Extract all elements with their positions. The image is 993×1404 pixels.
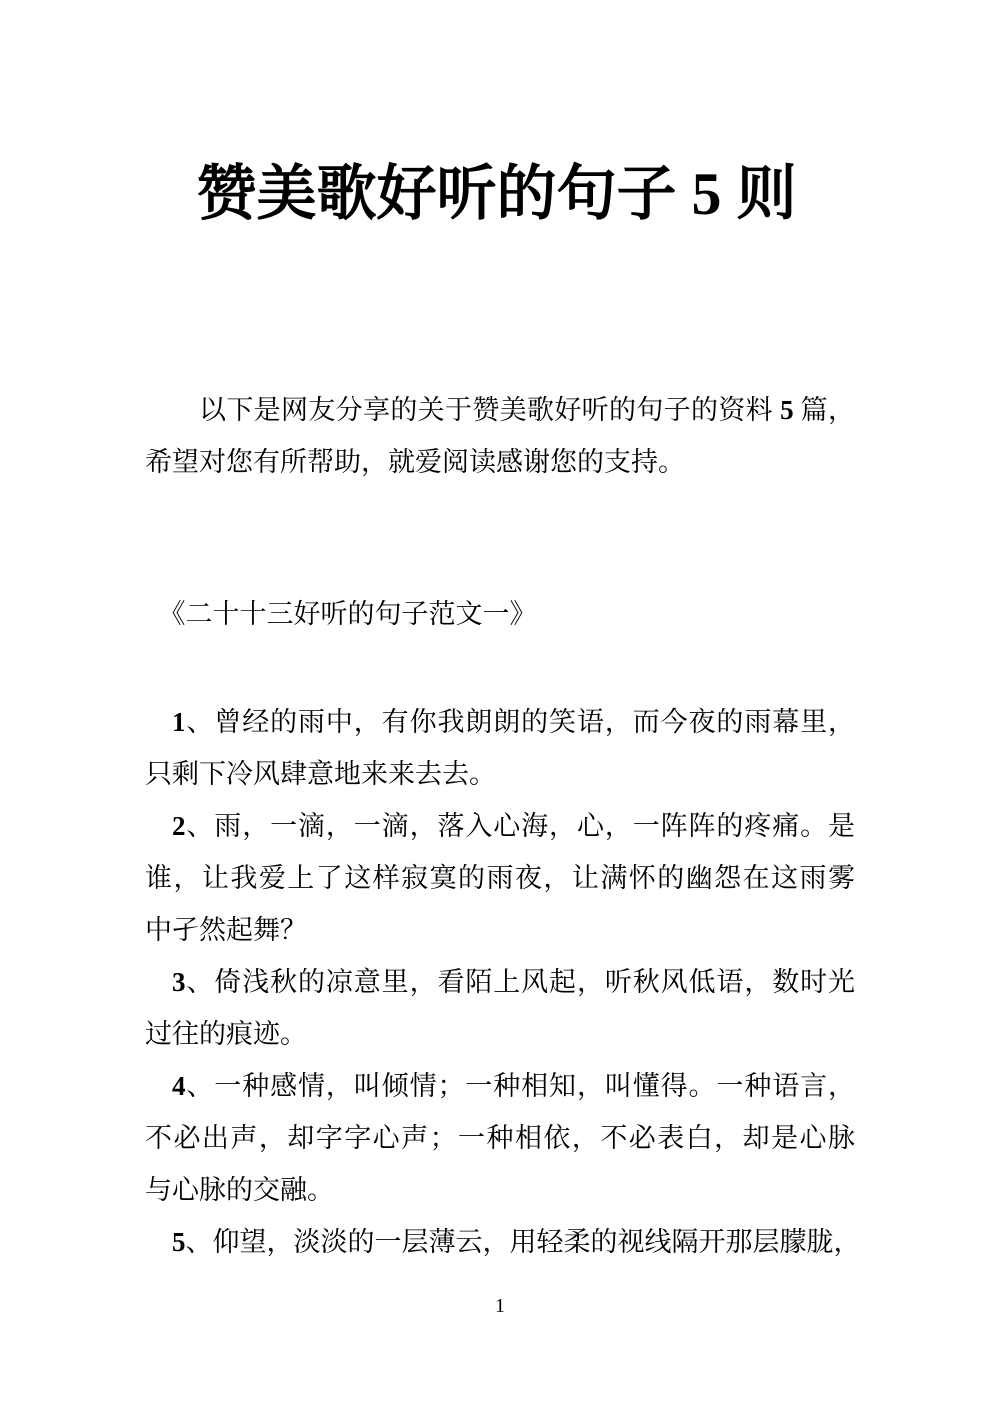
item-separator: 、 (186, 811, 215, 841)
intro-paragraph: 以下是网友分享的关于赞美歌好听的句子的资料 5 篇， 希望对您有所帮助，就爱阅读… (145, 384, 855, 488)
item-separator: 、 (186, 707, 215, 737)
section-heading: 《二十十三好听的句子范文一》 (145, 588, 855, 640)
list-item-1: 1、曾经的雨中，有你我朗朗的笑语，而今夜的雨幕里， 只剩下冷风肆意地来来去去。 (145, 696, 855, 800)
text-line: 3、倚浅秋的凉意里，看陌上风起，听秋风低语，数时光 (145, 956, 855, 1008)
item-number: 4 (172, 1071, 186, 1101)
text-line: 4、一种感情，叫倾情；一种相知，叫懂得。一种语言， (145, 1060, 855, 1112)
list-item-2: 2、雨，一滴，一滴，落入心海，心，一阵阵的疼痛。是 谁，让我爱上了这样寂寞的雨夜… (145, 800, 855, 956)
document-body: 以下是网友分享的关于赞美歌好听的句子的资料 5 篇， 希望对您有所帮助，就爱阅读… (145, 384, 855, 1318)
text-line: 5、仰望，淡淡的一层薄云，用轻柔的视线隔开那层朦胧， (145, 1216, 855, 1268)
item-separator: 、 (186, 967, 215, 997)
intro-text-post: 篇， (794, 395, 855, 425)
item-separator: 、 (186, 1227, 213, 1257)
item-number: 3 (172, 967, 186, 997)
item-text: 倚浅秋的凉意里，看陌上风起，听秋风低语，数时光 (214, 967, 855, 997)
list-item-5: 5、仰望，淡淡的一层薄云，用轻柔的视线隔开那层朦胧， (145, 1216, 855, 1268)
document-page: 赞美歌好听的句子 5 则 以下是网友分享的关于赞美歌好听的句子的资料 5 篇， … (0, 0, 993, 1404)
item-text: 一种感情，叫倾情；一种相知，叫懂得。一种语言， (214, 1071, 855, 1101)
item-text: 雨，一滴，一滴，落入心海，心，一阵阵的疼痛。是 (214, 811, 855, 841)
text-line: 谁，让我爱上了这样寂寞的雨夜，让满怀的幽怨在这雨雾 (145, 852, 855, 904)
item-number: 5 (172, 1227, 186, 1257)
item-number: 2 (172, 811, 186, 841)
text-line: 希望对您有所帮助，就爱阅读感谢您的支持。 (145, 436, 855, 488)
text-line: 中孑然起舞？ (145, 904, 855, 956)
list-item-4: 4、一种感情，叫倾情；一种相知，叫懂得。一种语言， 不必出声，却字字心声；一种相… (145, 1060, 855, 1216)
text-line: 2、雨，一滴，一滴，落入心海，心，一阵阵的疼痛。是 (145, 800, 855, 852)
sentence-list: 1、曾经的雨中，有你我朗朗的笑语，而今夜的雨幕里， 只剩下冷风肆意地来来去去。 … (145, 696, 855, 1268)
text-line: 过往的痕迹。 (145, 1008, 855, 1060)
page-number: 1 (145, 1294, 855, 1318)
text-line: 1、曾经的雨中，有你我朗朗的笑语，而今夜的雨幕里， (145, 696, 855, 748)
intro-count: 5 (780, 395, 794, 425)
item-text: 曾经的雨中，有你我朗朗的笑语，而今夜的雨幕里， (214, 707, 855, 737)
list-item-3: 3、倚浅秋的凉意里，看陌上风起，听秋风低语，数时光 过往的痕迹。 (145, 956, 855, 1060)
intro-text-pre: 以下是网友分享的关于赞美歌好听的句子的资料 (199, 395, 780, 425)
text-line: 只剩下冷风肆意地来来去去。 (145, 748, 855, 800)
text-line: 以下是网友分享的关于赞美歌好听的句子的资料 5 篇， (145, 384, 855, 436)
item-text: 仰望，淡淡的一层薄云，用轻柔的视线隔开那层朦胧， (213, 1227, 861, 1257)
item-separator: 、 (186, 1071, 215, 1101)
document-title: 赞美歌好听的句子 5 则 (0, 164, 993, 224)
item-number: 1 (172, 707, 186, 737)
text-line: 与心脉的交融。 (145, 1164, 855, 1216)
text-line: 不必出声，却字字心声；一种相依，不必表白，却是心脉 (145, 1112, 855, 1164)
